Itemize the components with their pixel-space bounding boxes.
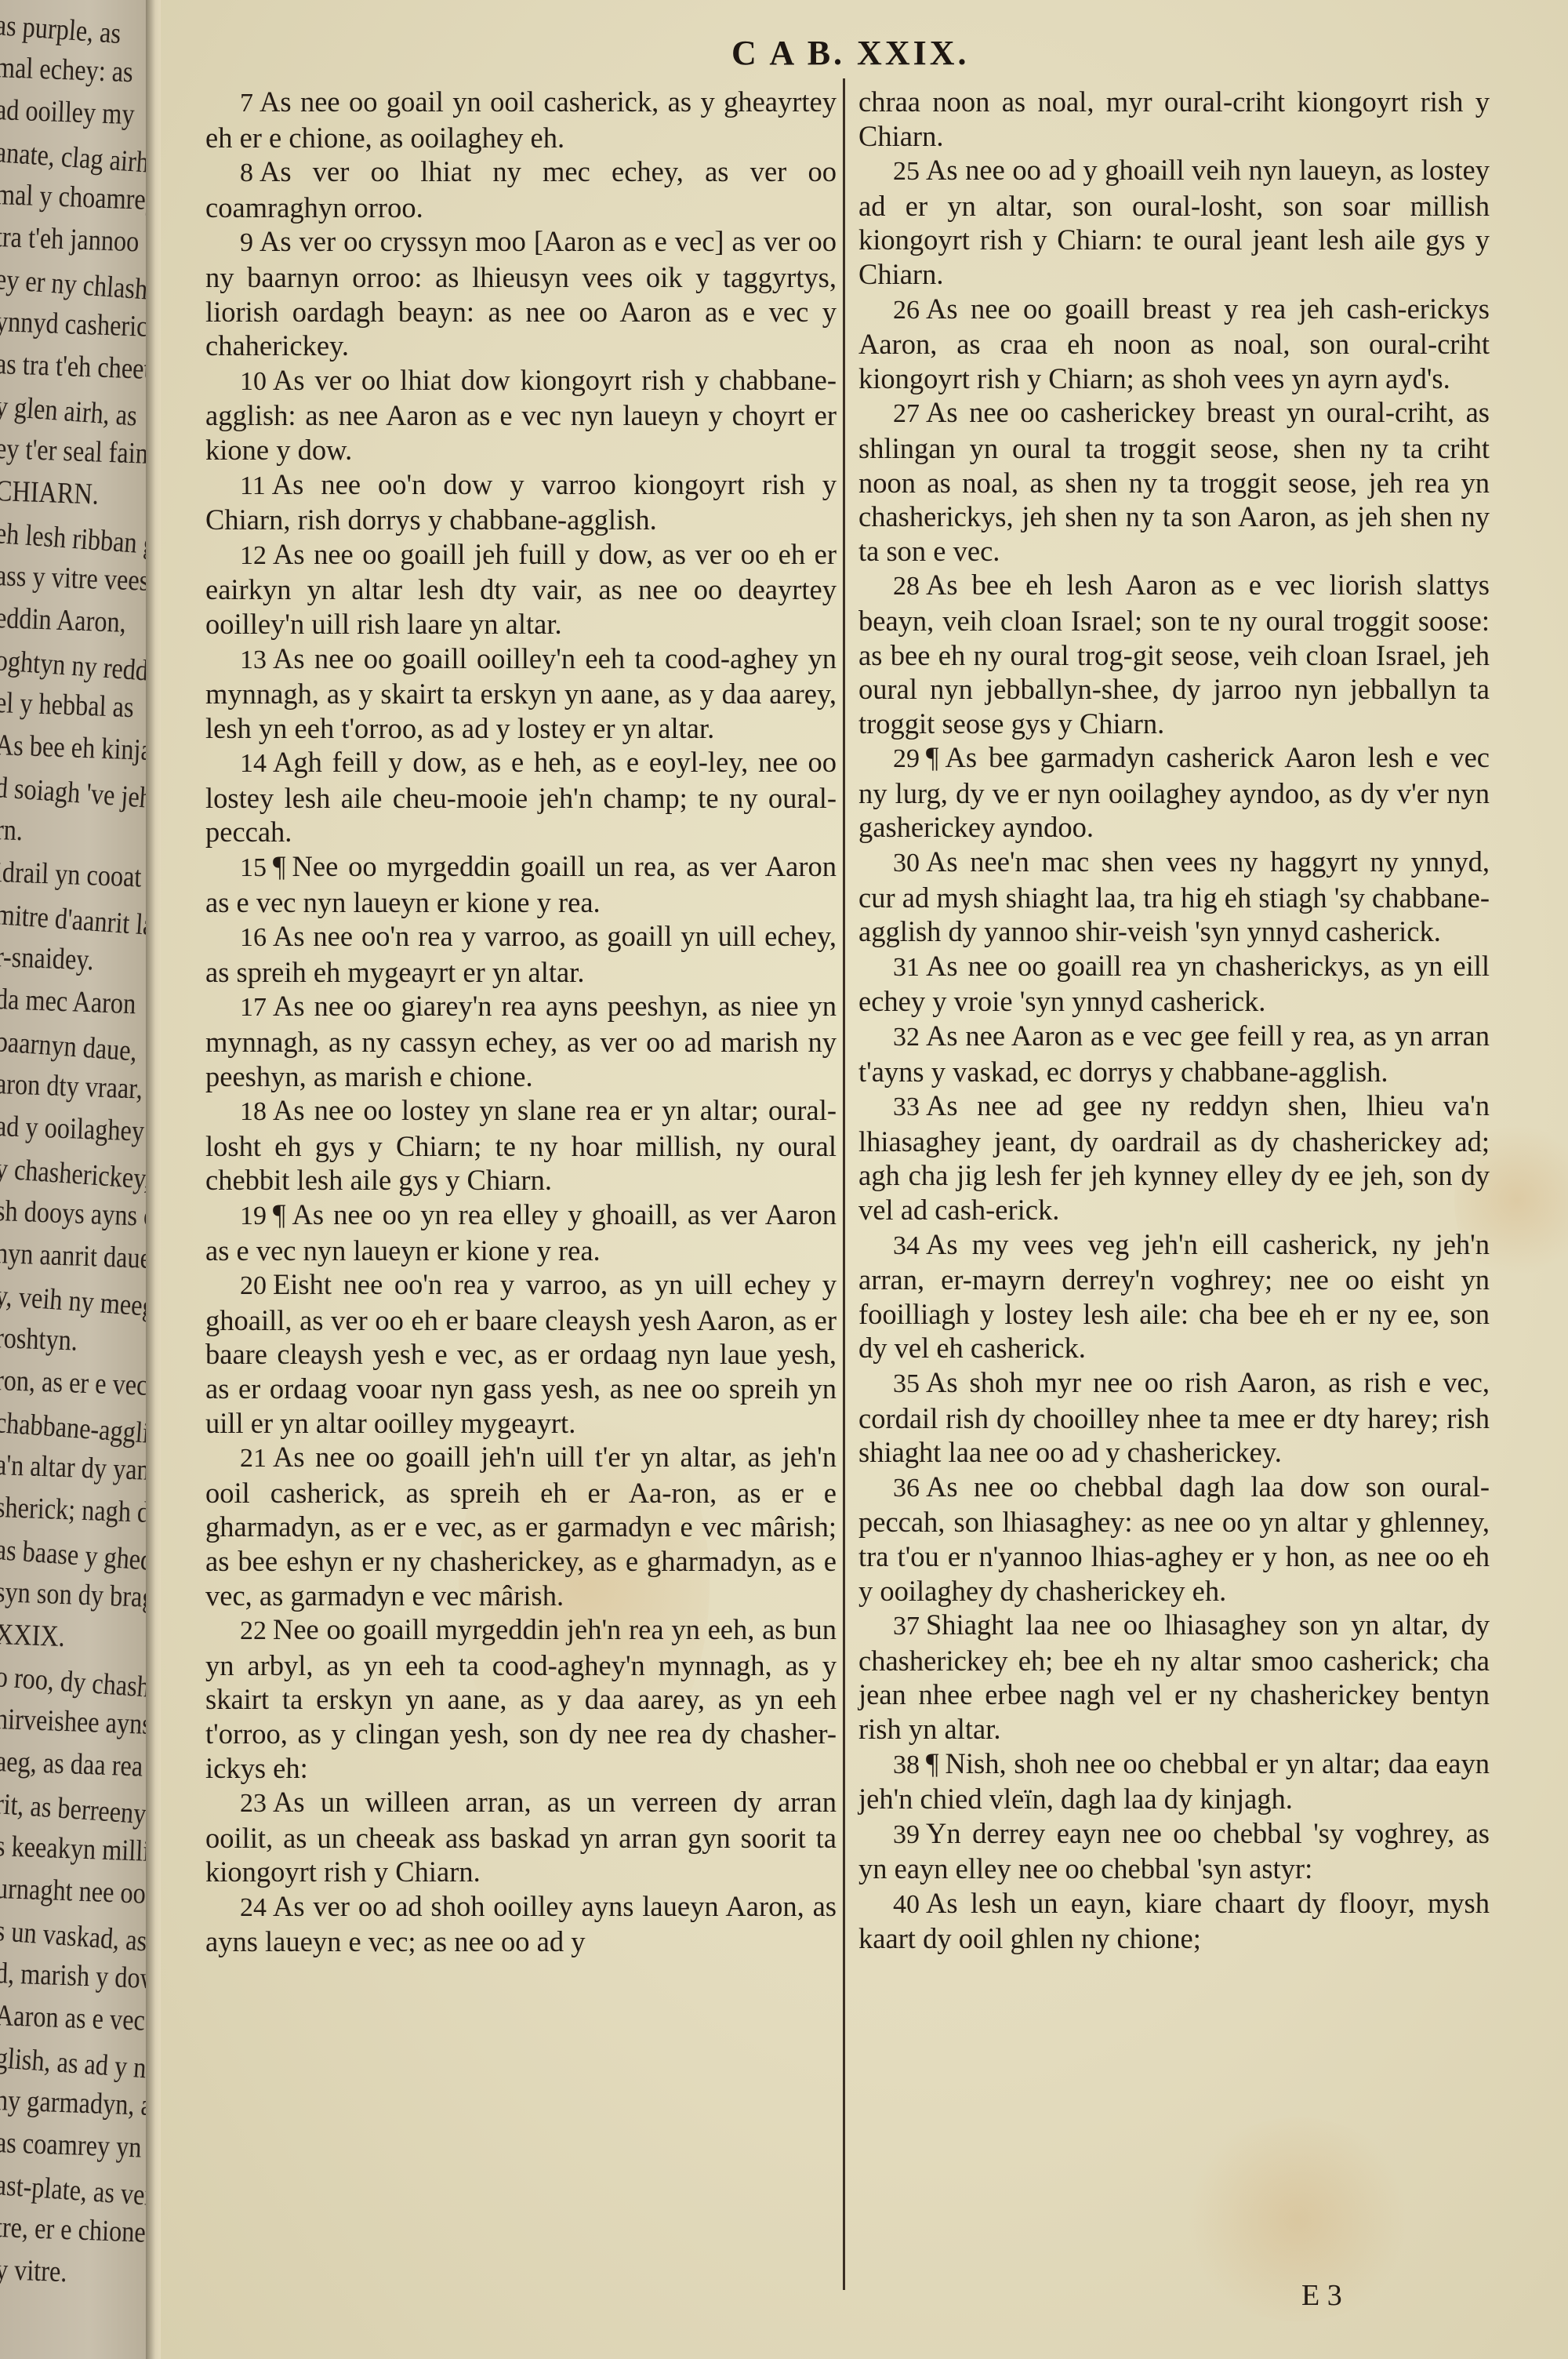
verse-text: As nee oo ad y ghoaill veih nyn laueyn, …	[858, 154, 1490, 290]
facing-page-text-fragment: ast-plate, as ver oo	[0, 2168, 149, 2215]
verse-number: 36	[893, 1474, 920, 1503]
pilcrow-icon: ¶	[273, 850, 286, 882]
facing-page-text-fragment: aron dty vraar,	[0, 1067, 143, 1107]
verse-text: Shiaght laa nee oo lhiasaghey son yn alt…	[858, 1608, 1490, 1745]
pilcrow-icon: ¶	[273, 1198, 286, 1230]
facing-page-text-fragment: mitre d'aanrit lane	[0, 897, 149, 944]
facing-page-text-fragment: CHIARN.	[0, 474, 100, 512]
verse-number: 35	[893, 1369, 920, 1398]
verse-number: 12	[240, 541, 267, 570]
pilcrow-icon: ¶	[926, 741, 939, 773]
verse: 14Agh feill y dow, as e heh, as e eoyl-l…	[205, 745, 837, 849]
verse-number: 21	[240, 1444, 267, 1473]
verse-number: 10	[240, 367, 267, 396]
verse: 35As shoh myr nee oo rish Aaron, as rish…	[858, 1365, 1490, 1470]
verse: 36As nee oo chebbal dagh laa dow son our…	[858, 1470, 1490, 1608]
verse: 22Nee oo goaill myrgeddin jeh'n rea yn e…	[205, 1612, 837, 1785]
verse: 34As my vees veg jeh'n eill casherick, n…	[858, 1227, 1490, 1365]
text-column-right: chraa noon as noal, myr oural-criht kion…	[858, 85, 1490, 1956]
verse-text: Eisht nee oo'n rea y varroo, as yn uill …	[205, 1268, 837, 1438]
verse-text: As shoh myr nee oo rish Aaron, as rish e…	[858, 1366, 1490, 1468]
verse-number: 40	[893, 1890, 920, 1919]
verse-number: 11	[240, 471, 266, 500]
verse: 25As nee oo ad y ghoaill veih nyn laueyn…	[858, 153, 1490, 291]
verse-number: 15	[240, 853, 267, 882]
verse-text: As bee eh lesh Aaron as e vec liorish sl…	[858, 569, 1490, 739]
facing-page-text-fragment: hyn aanrit daue	[0, 1236, 149, 1276]
facing-page-text-fragment: a'n altar dy yannoo	[0, 1448, 149, 1489]
verse-text: As nee oo'n dow y varroo kiongoyrt rish …	[205, 468, 837, 536]
verse: 9As ver oo cryssyn moo [Aaron as e vec] …	[205, 224, 837, 362]
verse-text: As nee oo goaill breast y rea jeh cash-e…	[858, 293, 1490, 394]
scripture-page: C A B. XXIX. 7As nee oo goail yn ooil ca…	[161, 0, 1568, 2359]
facing-page-text-fragment: y chasherickey,	[0, 1151, 149, 1197]
verse-number: 23	[240, 1789, 267, 1818]
facing-page-text-fragment: ad y ooilaghey	[0, 1109, 145, 1149]
verse-text: As nee oo lostey yn slane rea er yn alta…	[205, 1094, 837, 1196]
verse: 19¶As nee oo yn rea elley y ghoaill, as …	[205, 1198, 837, 1267]
facing-page-text-fragment: Aaron as e vec	[0, 1998, 146, 2038]
facing-page-text-fragment: eddin Aaron,	[0, 601, 127, 640]
facing-page-text-fragment: rn.	[0, 812, 24, 848]
verse-text: As nee oo giarey'n rea ayns peeshyn, as …	[205, 990, 837, 1092]
verse-text: As nee oo goaill rea yn chasherickys, as…	[858, 950, 1490, 1018]
verse: 20Eisht nee oo'n rea y varroo, as yn uil…	[205, 1267, 837, 1440]
facing-page-text-fragment: idrail yn cooat	[0, 855, 142, 894]
verse: 31As nee oo goaill rea yn chasherickys, …	[858, 949, 1490, 1019]
verse-number: 14	[240, 749, 267, 778]
verse: 7As nee oo goail yn ooil casherick, as y…	[205, 85, 837, 154]
facing-page-text-fragment: ass y vitre vees	[0, 558, 149, 598]
facing-page-edge: as purple, asmal echey: asad ooilley mya…	[0, 0, 149, 2359]
facing-page-text-fragment: eh lesh ribban gorm	[0, 516, 149, 565]
facing-page-text-fragment: sh dooys ayns oik	[0, 1194, 149, 1234]
facing-page-text-fragment: XXIX.	[0, 1617, 66, 1654]
facing-page-text-fragment: ey t'er seal fainey	[0, 431, 149, 472]
verse-number: 26	[893, 296, 920, 325]
verse: 23As un willeen arran, as un verreen dy …	[205, 1785, 837, 1889]
verse-number: 24	[240, 1893, 267, 1922]
verse-number: 30	[893, 849, 920, 878]
verse-number: 9	[240, 228, 253, 257]
printer-signature: E 3	[1301, 2278, 1342, 2313]
verse: 12As nee oo goaill jeh fuill y dow, as v…	[205, 537, 837, 642]
verse: 39Yn derrey eayn nee oo chebbal 'sy vogh…	[858, 1816, 1490, 1886]
verse-text: As nee oo goaill jeh fuill y dow, as ver…	[205, 538, 837, 640]
facing-page-text-fragment: aeg, as daa rea	[0, 1744, 143, 1784]
facing-page-text-fragment: mal y choamrey	[0, 177, 149, 217]
facing-page-text-fragment: anate, clag airhey	[0, 135, 149, 182]
facing-page-text-fragment: ey er ny chlash	[0, 262, 149, 307]
facing-page-text-fragment: ron, as er e vec,	[0, 1363, 149, 1403]
verse: 16As nee oo'n rea y varroo, as goaill yn…	[205, 919, 837, 989]
verse-number: 39	[893, 1820, 920, 1849]
verse: 40As lesh un eayn, kiare chaart dy flooy…	[858, 1886, 1490, 1956]
facing-page-text-fragment: as purple, as	[0, 8, 122, 51]
facing-page-text-fragment: urnaght nee oo ad	[0, 1871, 149, 1912]
verse-text: As nee Aaron as e vec gee feill y rea, a…	[858, 1020, 1490, 1088]
verse-text: As nee oo goaill ooilley'n eeh ta cood-a…	[205, 642, 837, 744]
verse-number: 18	[240, 1097, 267, 1126]
verse-text: As bee garmadyn casherick Aaron lesh e v…	[858, 741, 1490, 843]
verse-number: 25	[893, 157, 920, 186]
facing-page-text-fragment: mal echey: as	[0, 50, 133, 89]
verse: 32As nee Aaron as e vec gee feill y rea,…	[858, 1019, 1490, 1089]
verse-number: 20	[240, 1271, 267, 1300]
book-spread: as purple, asmal echey: asad ooilley mya…	[0, 0, 1568, 2359]
verse-text: As nee ad gee ny reddyn shen, lhieu va'n…	[858, 1089, 1490, 1226]
verse-text: Nee oo myrgeddin goaill un rea, as ver A…	[205, 850, 837, 918]
verse: 27As nee oo casherickey breast yn oural-…	[858, 395, 1490, 568]
verse-text: As ver oo cryssyn moo [Aaron as e vec] a…	[205, 225, 837, 362]
facing-page-text-fragment: syn son dy bragh	[0, 1575, 149, 1616]
verse-text: Yn derrey eayn nee oo chebbal 'sy voghre…	[858, 1817, 1490, 1885]
facing-page-text-fragment: o roo, dy chasherick	[0, 1659, 149, 1708]
verse-text: As nee oo chebbal dagh laa dow son oural…	[858, 1470, 1490, 1607]
verse-text: As my vees veg jeh'n eill casherick, ny …	[858, 1228, 1490, 1365]
verse-text: As ver oo lhiat ny mec echey, as ver oo …	[205, 155, 837, 224]
facing-page-text-fragment: roshtyn.	[0, 1321, 78, 1358]
column-divider-rule	[843, 78, 845, 2290]
verse-number: 29	[893, 744, 920, 773]
facing-page-text-fragment: tre, er e chione, as	[0, 2210, 149, 2251]
verse-text: Nee oo goaill myrgeddin jeh'n rea yn eeh…	[205, 1613, 837, 1783]
verse-number: 34	[893, 1231, 920, 1260]
verse-number: 28	[893, 572, 920, 601]
facing-page-text-fragment: d, marish y dow	[0, 1956, 149, 1996]
facing-page-text-fragment: ny garmadyn, as	[0, 2083, 149, 2123]
verse: 24As ver oo ad shoh ooilley ayns laueyn …	[205, 1889, 837, 1959]
verse: 37Shiaght laa nee oo lhiasaghey son yn a…	[858, 1608, 1490, 1746]
verse-number: 33	[893, 1092, 920, 1121]
page-header: C A B. XXIX.	[161, 31, 1568, 78]
verse: 26As nee oo goaill breast y rea jeh cash…	[858, 292, 1490, 396]
facing-page-text-fragment: as coamrey yn ephod	[0, 2125, 149, 2168]
verse: 38¶Nish, shoh nee oo chebbal er yn altar…	[858, 1747, 1490, 1816]
verse: 11As nee oo'n dow y varroo kiongoyrt ris…	[205, 467, 837, 537]
verse-text: As nee oo goaill jeh'n uill t'er yn alta…	[205, 1441, 837, 1611]
facing-page-text-fragment: chabbane-agglish	[0, 1405, 149, 1452]
verse: 30As nee'n mac shen vees ny haggyrt ny y…	[858, 845, 1490, 949]
facing-page-text-fragment: d soiagh 've jeh	[0, 770, 149, 816]
facing-page-text-fragment: nirveishee ayns oik	[0, 1702, 149, 1743]
facing-page-text-fragment: y vitre.	[0, 2252, 67, 2289]
verse-text: As nee oo goail yn ooil casherick, as y …	[205, 85, 837, 154]
verse-number: 17	[240, 993, 267, 1022]
facing-page-text-fragment: As bee eh kinjagh	[0, 728, 149, 769]
verse: 28As bee eh lesh Aaron as e vec liorish …	[858, 568, 1490, 740]
facing-page-text-fragment: s keeakyn millish	[0, 1829, 149, 1870]
verse: 33As nee ad gee ny reddyn shen, lhieu va…	[858, 1089, 1490, 1227]
facing-page-text-fragment: y glen airh, as	[0, 389, 138, 434]
verse: 10As ver oo lhiat dow kiongoyrt rish y c…	[205, 363, 837, 467]
facing-page-text-fragment: as tra t'eh cheet	[0, 347, 149, 387]
verse-number: 31	[893, 953, 920, 982]
verse-text: As ver oo lhiat dow kiongoyrt rish y cha…	[205, 364, 837, 466]
verse-text: As lesh un eayn, kiare chaart dy flooyr,…	[858, 1887, 1490, 1955]
verse-number: 13	[240, 645, 267, 674]
facing-page-text-fragment: glish, as ad y niee	[0, 2041, 149, 2088]
foxing-stain	[1180, 2117, 1415, 2321]
verse: 13As nee oo goaill ooilley'n eeh ta cood…	[205, 642, 837, 746]
verse: 15¶Nee oo myrgeddin goaill un rea, as ve…	[205, 849, 837, 919]
verse-number: 16	[240, 923, 267, 952]
verse: 21As nee oo goaill jeh'n uill t'er yn al…	[205, 1440, 837, 1612]
verse-text: As nee oo yn rea elley y ghoaill, as ver…	[205, 1198, 837, 1267]
verse-text: As un willeen arran, as un verreen dy ar…	[205, 1786, 837, 1888]
facing-page-text-fragment: sherick; nagh der	[0, 1490, 149, 1531]
facing-page-text-fragment: r-snaidey.	[0, 940, 94, 977]
facing-page-text-fragment: y, veih ny meeghyn	[0, 1278, 149, 1327]
verse-number: 38	[893, 1750, 920, 1779]
verse-number: 27	[893, 399, 920, 428]
verse-text: Nish, shoh nee oo chebbal er yn altar; d…	[858, 1747, 1490, 1816]
verse-text: As nee oo casherickey breast yn oural-cr…	[858, 396, 1490, 566]
verse-continuation: chraa noon as noal, myr oural-criht kion…	[858, 85, 1490, 153]
facing-page-text-fragment: ad ooilley my	[0, 93, 135, 132]
pilcrow-icon: ¶	[926, 1747, 939, 1779]
facing-page-text-fragment: rit, as berreenyn	[0, 1787, 149, 1832]
verse-text: As nee'n mac shen vees ny haggyrt ny ynn…	[858, 845, 1490, 947]
facing-page-text-fragment: ynnyd casherick	[0, 304, 149, 344]
verse-number: 19	[240, 1201, 267, 1230]
facing-page-text-fragment: baarnyn daue,	[0, 1024, 138, 1069]
verse: 29¶As bee garmadyn casherick Aaron lesh …	[858, 740, 1490, 845]
verse: 17As nee oo giarey'n rea ayns peeshyn, a…	[205, 989, 837, 1093]
verse-number: 32	[893, 1023, 920, 1052]
verse-number: 8	[240, 158, 253, 187]
verse-text: As nee oo'n rea y varroo, as goaill yn u…	[205, 920, 837, 988]
verse-text: As ver oo ad shoh ooilley ayns laueyn Aa…	[205, 1890, 837, 1958]
facing-page-text-fragment: da mec Aaron	[0, 982, 136, 1021]
verse-text: Agh feill y dow, as e heh, as e eoyl-ley…	[205, 746, 837, 848]
verse-number: 22	[240, 1616, 267, 1645]
facing-page-text-fragment: oghtyn ny reddyn	[0, 643, 149, 690]
facing-page-text-fragment: el y hebbal as	[0, 685, 134, 725]
running-head-chapter: C A B. XXIX.	[731, 33, 970, 73]
facing-page-text-fragment: as baase y gheddyn	[0, 1532, 149, 1580]
text-column-left: 7As nee oo goail yn ooil casherick, as y…	[205, 85, 837, 1959]
facing-page-text-fragment: s un vaskad, as ver	[0, 1914, 149, 1961]
facing-page-text-fragment: tra t'eh jannoo	[0, 220, 140, 259]
verse-number: 7	[240, 89, 253, 118]
verse-number: 37	[893, 1612, 920, 1641]
verse: 8As ver oo lhiat ny mec echey, as ver oo…	[205, 154, 837, 224]
verse: 18As nee oo lostey yn slane rea er yn al…	[205, 1093, 837, 1198]
